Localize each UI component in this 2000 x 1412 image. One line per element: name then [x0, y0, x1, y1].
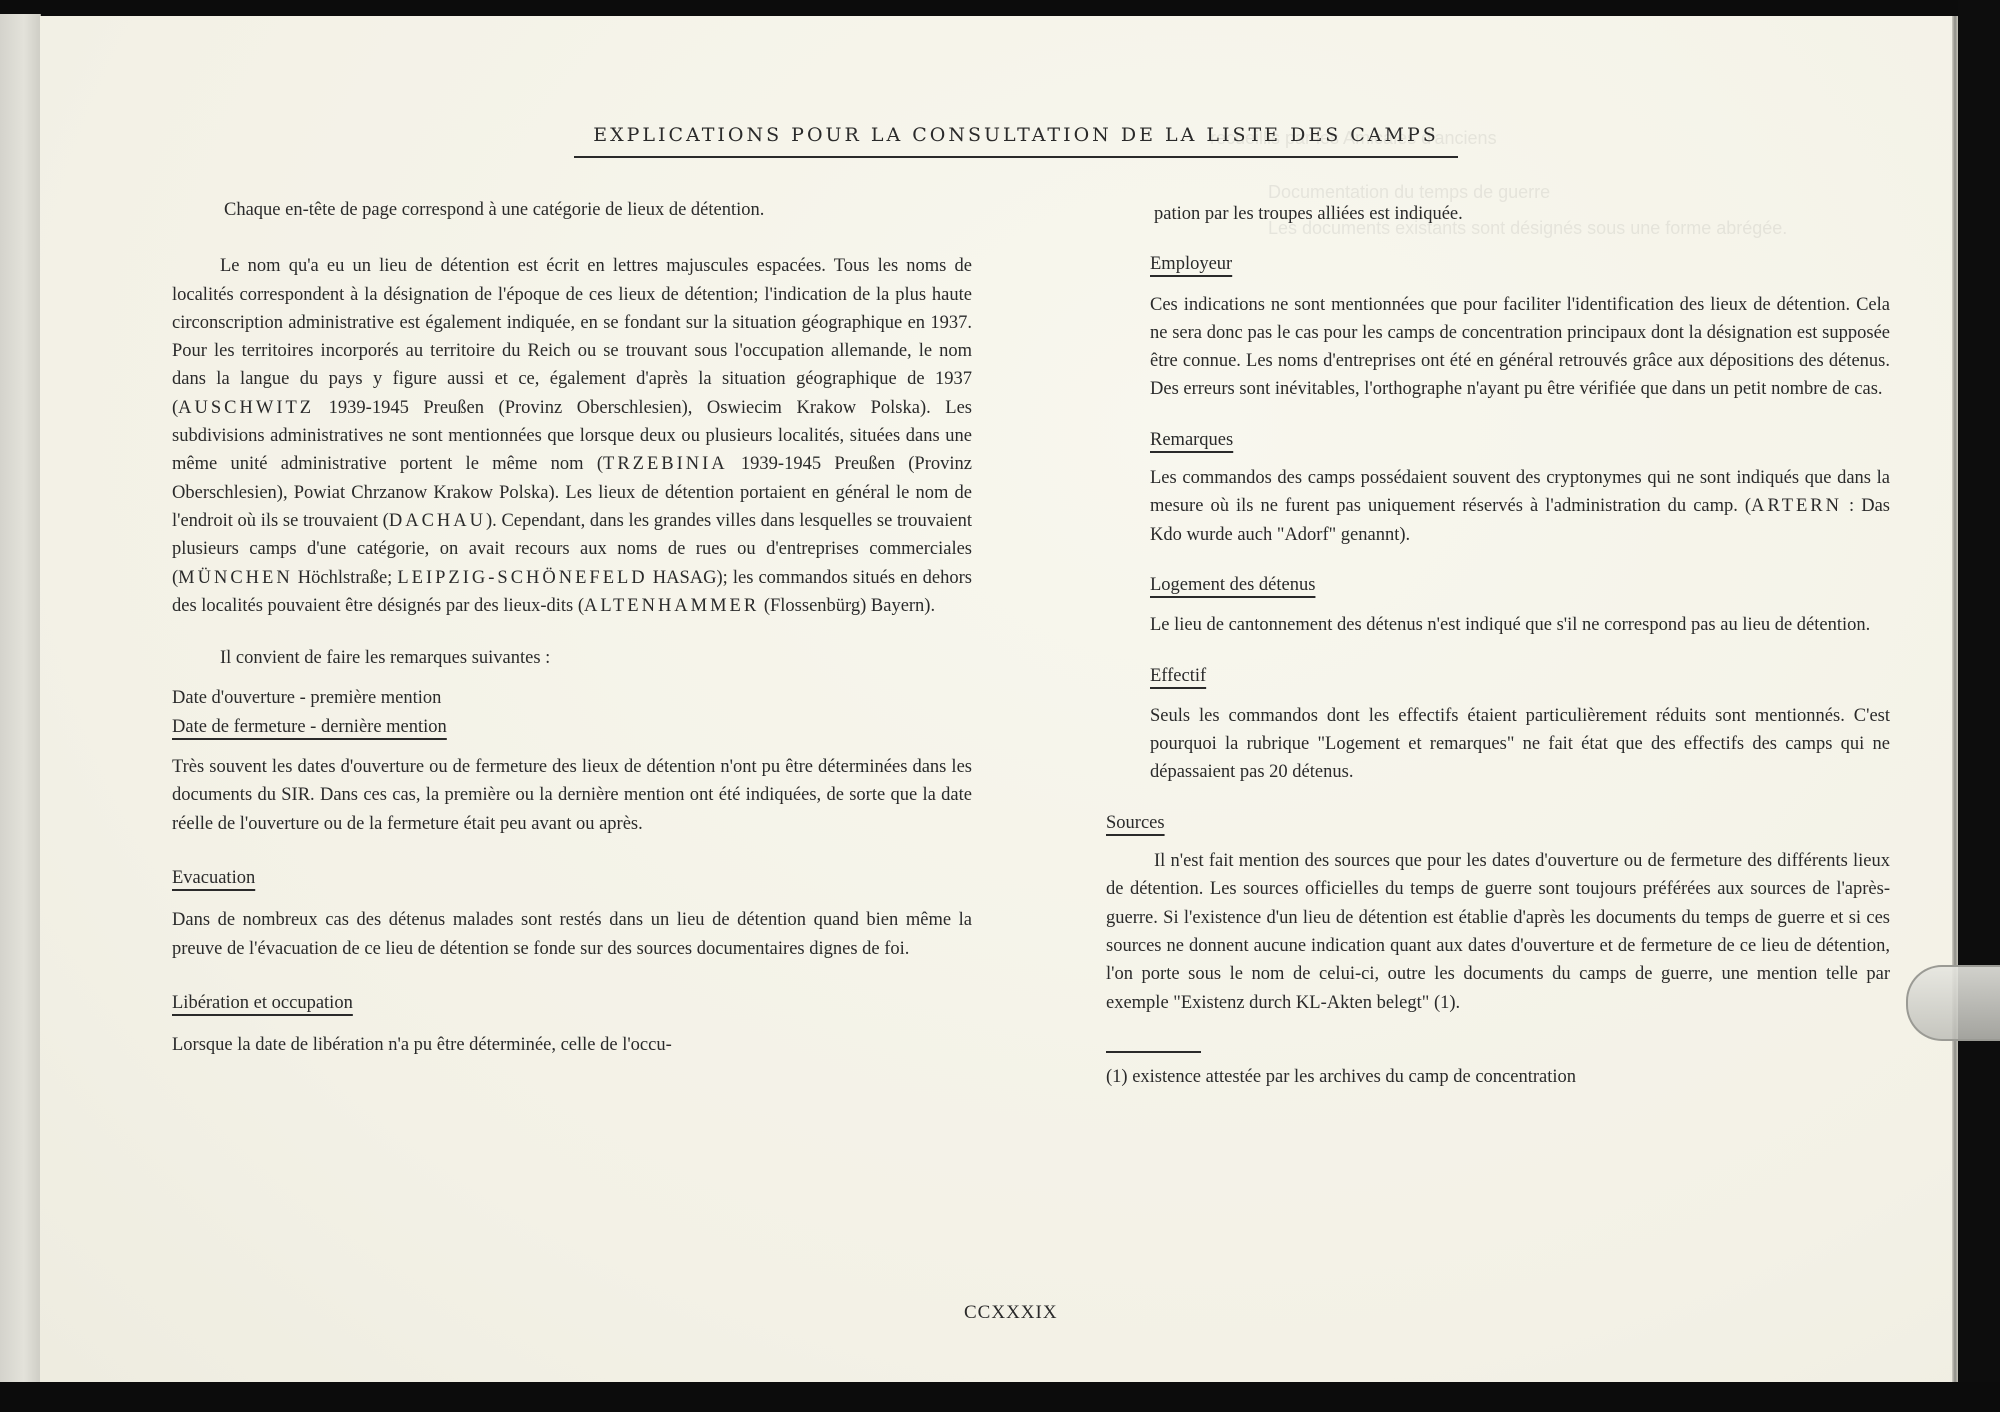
naming-text-5: Höchlstraße;	[293, 568, 398, 588]
facing-page-edge	[0, 14, 41, 1382]
place-name-artern: ARTERN	[1751, 496, 1842, 516]
place-name-dachau: DACHAU	[389, 511, 486, 531]
section-title-logement: Logement des détenus	[1150, 571, 1315, 599]
place-name-munchen: MÜNCHEN	[178, 568, 293, 588]
section-body-sources: Il n'est fait mention des sources que po…	[1106, 847, 1890, 1017]
page-number: CCXXXIX	[964, 1302, 1058, 1324]
binder-clip-icon	[1906, 965, 2000, 1041]
section-body-effectif: Seuls les commandos dont les effectifs é…	[1150, 702, 1890, 787]
section-title-liberation: Libération et occupation	[172, 989, 353, 1017]
footnote-divider	[1106, 1051, 1201, 1053]
dates-paragraph: Très souvent les dates d'ouverture ou de…	[172, 753, 972, 838]
date-closing-label: Date de fermeture - dernière mention	[172, 713, 447, 741]
naming-text-1: Le nom qu'a eu un lieu de détention est …	[172, 256, 972, 417]
intro-paragraph: Chaque en-tête de page correspond à une …	[172, 196, 972, 224]
scan-right-border	[1958, 0, 2000, 1412]
section-title-sources: Sources	[1106, 809, 1165, 837]
date-opening-label: Date d'ouverture - première mention	[172, 684, 972, 712]
footnote: (1) existence attestée par les archives …	[1106, 1063, 1890, 1091]
section-body-liberation: Lorsque la date de libération n'a pu êtr…	[172, 1031, 972, 1059]
place-name-trzebinia: TRZEBINIA	[603, 454, 728, 474]
naming-paragraph: Le nom qu'a eu un lieu de détention est …	[172, 252, 972, 620]
section-body-logement: Le lieu de cantonnement des détenus n'es…	[1150, 611, 1890, 639]
section-title-effectif: Effectif	[1150, 662, 1206, 690]
naming-text-7: (Flossenbürg) Bayern).	[759, 596, 935, 616]
section-title-evacuation: Evacuation	[172, 864, 255, 892]
left-column: Chaque en-tête de page correspond à une …	[172, 196, 972, 1059]
place-name-altenhammer: ALTENHAMMER	[584, 596, 759, 616]
section-body-remarques: Les commandos des camps possédaient souv…	[1150, 464, 1890, 549]
section-title-employeur: Employeur	[1150, 250, 1232, 278]
right-column: pation par les troupes alliées est indiq…	[1150, 200, 1890, 1091]
section-title-remarques: Remarques	[1150, 426, 1233, 454]
section-body-evacuation: Dans de nombreux cas des détenus malades…	[172, 906, 972, 963]
page-title: EXPLICATIONS POUR LA CONSULTATION DE LA …	[574, 124, 1458, 158]
continuation-text: pation par les troupes alliées est indiq…	[1154, 200, 1890, 228]
scan-bottom-border	[0, 1382, 2000, 1412]
place-name-leipzig: LEIPZIG-SCHÖNEFELD	[397, 568, 647, 588]
place-name-auschwitz: AUSCHWITZ	[178, 398, 314, 418]
section-body-employeur: Ces indications ne sont mentionnées que …	[1150, 291, 1890, 404]
remarks-intro: Il convient de faire les remarques suiva…	[172, 644, 972, 672]
